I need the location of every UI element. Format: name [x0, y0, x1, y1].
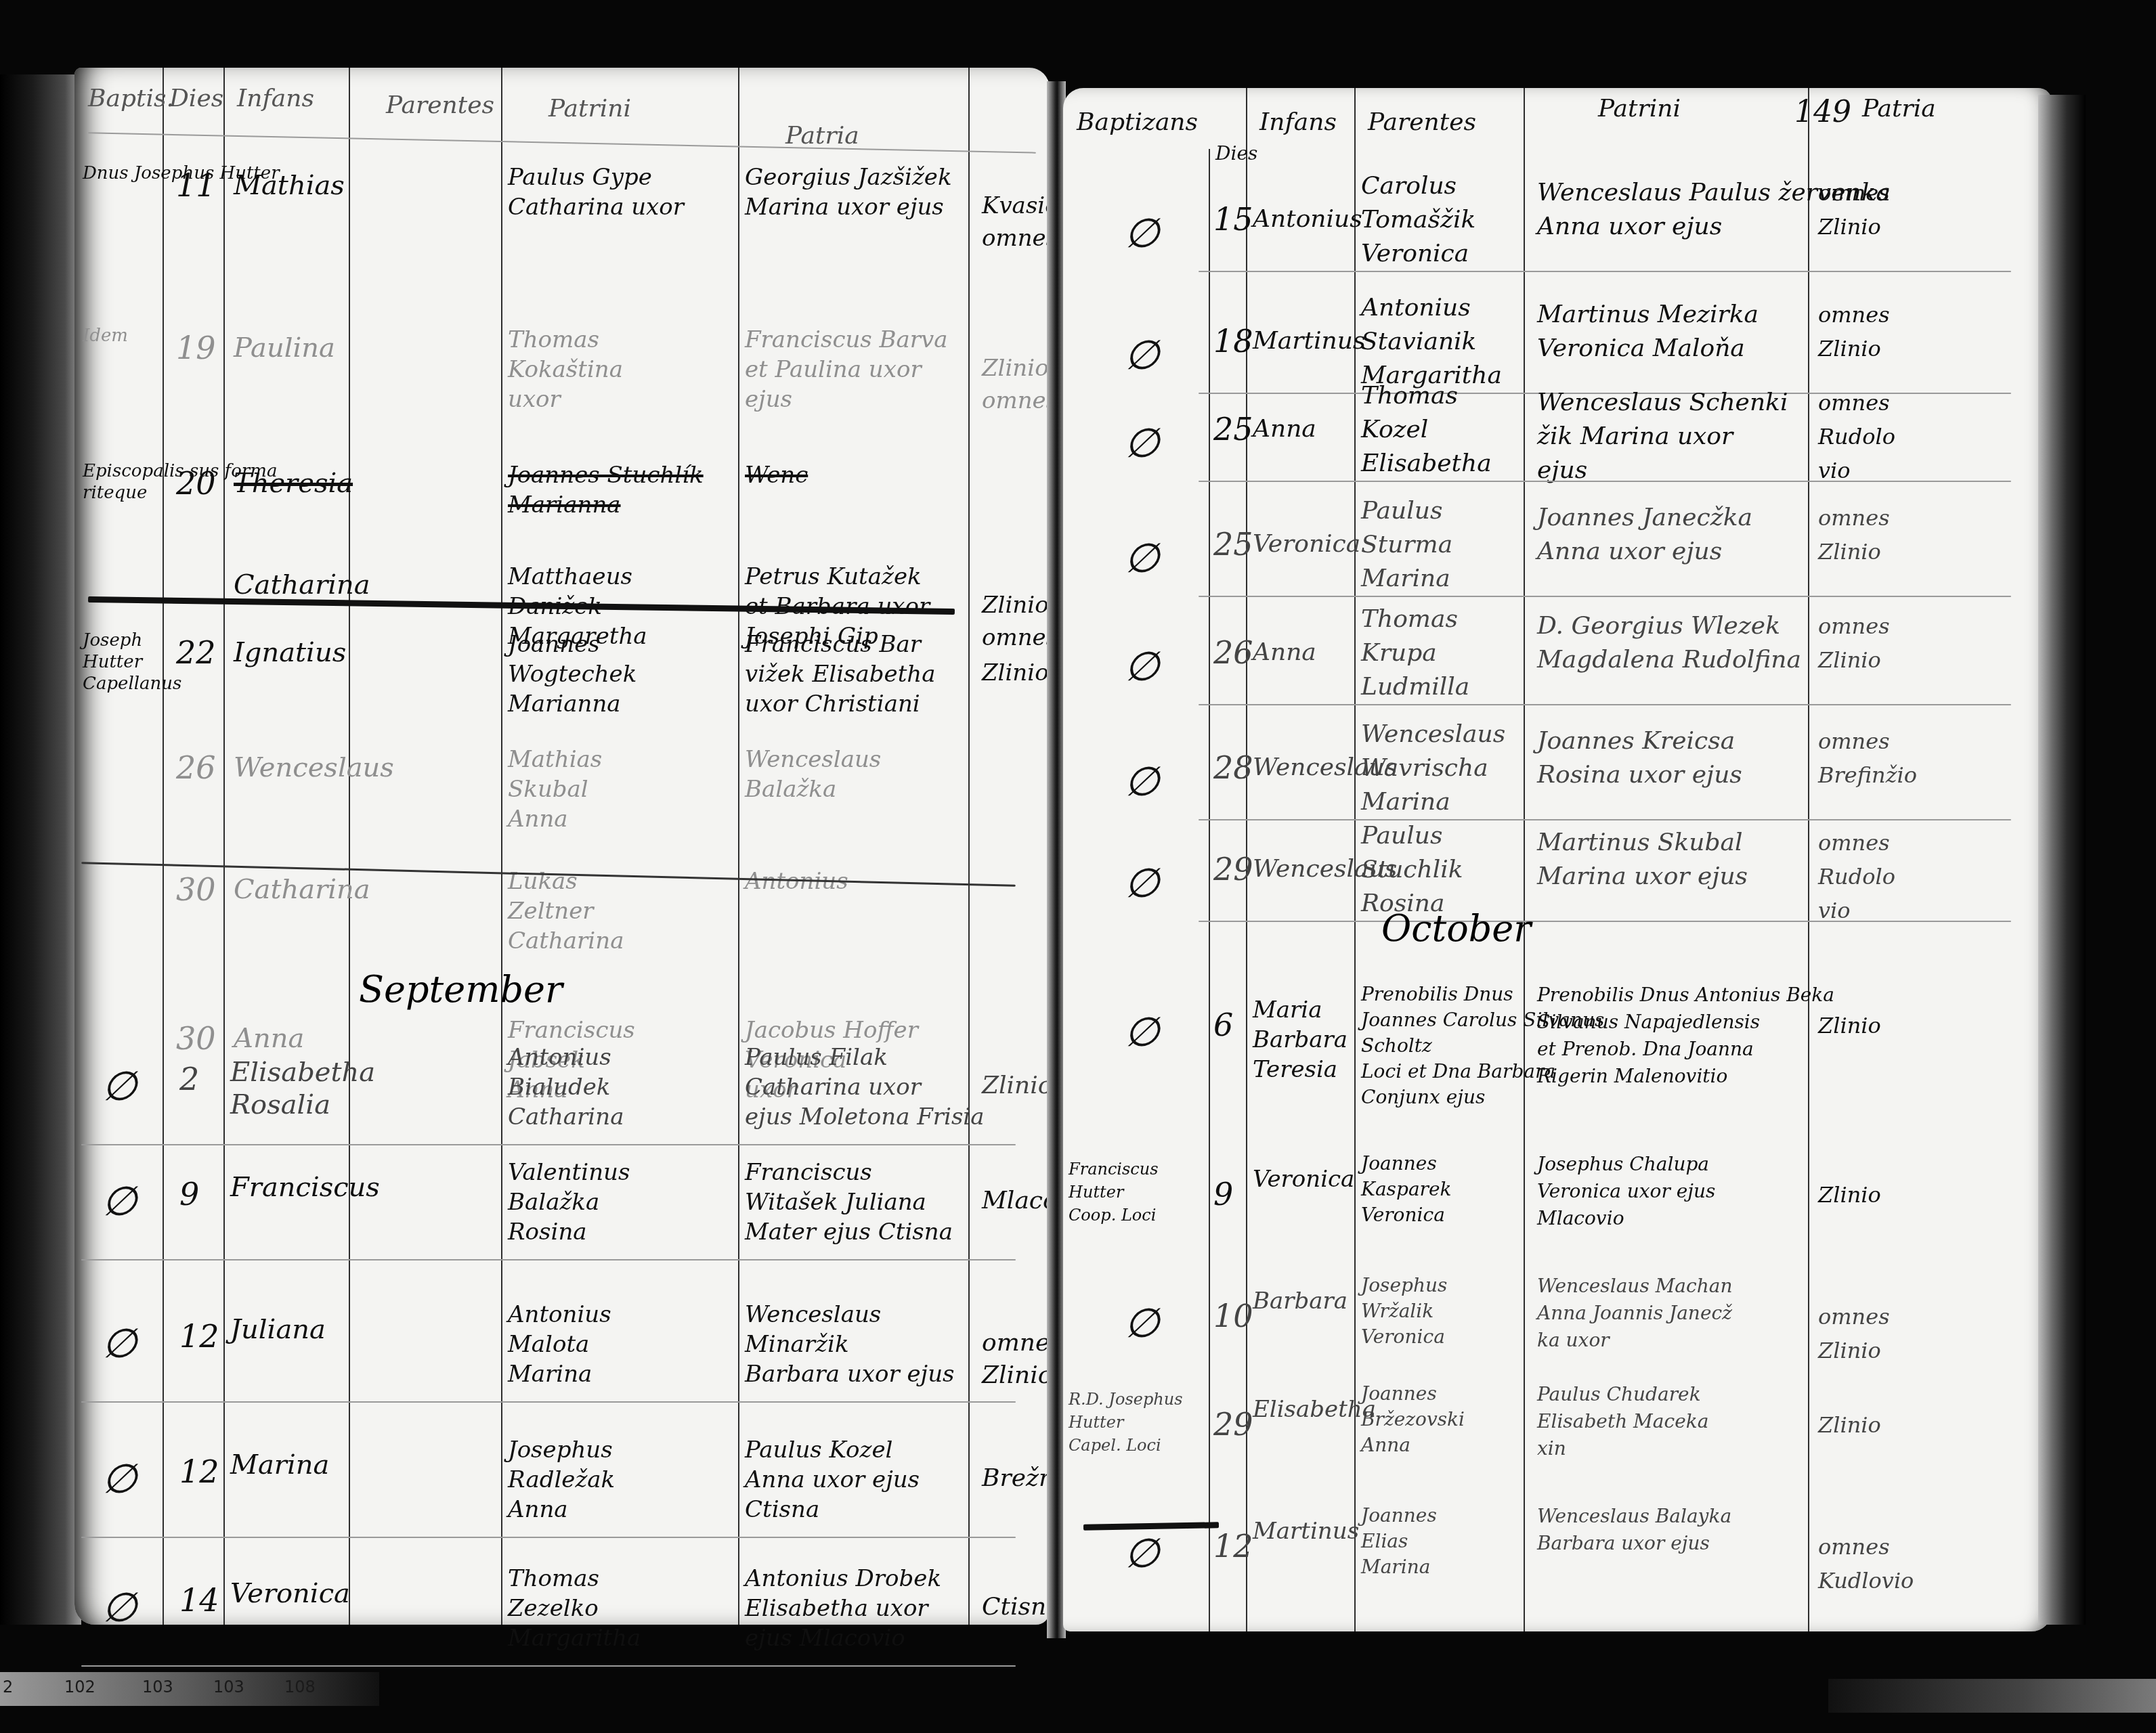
- entry-baptizans: Joseph Hutter Capellanus: [83, 630, 181, 695]
- entry-infans: Veronica: [1253, 1164, 1354, 1194]
- entry-patria: omnes Zlinio: [1818, 176, 1890, 244]
- entry-day: 6: [1213, 1009, 1233, 1041]
- entry-patrini: Paulus Chudarek Elisabeth Maceka xin: [1537, 1381, 1708, 1462]
- entry-parentes: Thomas Kozel Elisabetha: [1361, 379, 1492, 481]
- month-label-september: September: [359, 968, 563, 1011]
- entry-parentes: Antonius Bialudek Catharina: [508, 1043, 624, 1132]
- entry-baptizans: Idem: [83, 325, 128, 347]
- entry-parentes: Joannes Wogtechek Marianna: [508, 630, 637, 719]
- entry-infans: Anna: [234, 1022, 304, 1055]
- entry-day: 25: [1213, 528, 1253, 561]
- baptizans-idem-mark-icon: ∅: [1124, 420, 1159, 467]
- page-number: 149: [1794, 95, 1851, 129]
- header-infans: Infans: [237, 85, 314, 112]
- entry-parentes: Carolus Tomašžik Veronica: [1361, 169, 1475, 271]
- entry-patrini: Franciscus Barva et Paulina uxor ejus: [745, 325, 948, 414]
- entry-infans: Martinus: [1253, 325, 1365, 357]
- scale-ruler-left: 2 102 103 103 108: [0, 1672, 379, 1706]
- header-baptizans: Baptizans: [1077, 108, 1198, 136]
- scale-ruler-right: [1828, 1679, 2156, 1713]
- entry-day: 19: [176, 332, 216, 364]
- entry-patrini: Wenceslaus Balažka: [745, 745, 881, 804]
- entry-day: 10: [1213, 1300, 1253, 1332]
- entry-patrini: Georgius Jazšižek Marina uxor ejus: [745, 162, 952, 222]
- header-infans: Infans: [1259, 108, 1337, 136]
- header-patria: Patria: [785, 122, 859, 150]
- row-rule: [1199, 596, 2011, 597]
- book-edge-left: [0, 74, 81, 1625]
- entry-day: 12: [179, 1320, 219, 1353]
- entry-patrini: Wenceslaus Balayka Barbara uxor ejus: [1537, 1503, 1731, 1557]
- entry-patria: omnes Zlinio: [1818, 1300, 1890, 1367]
- entry-infans: Catharina: [234, 569, 370, 601]
- entry-patria: omnes Kudlovio: [1818, 1530, 1914, 1598]
- book-edge-right: [2038, 95, 2086, 1625]
- entry-day: 30: [176, 873, 216, 906]
- entry-day: 22: [176, 636, 216, 669]
- entry-parentes: Wenceslaus Wavrischa Marina: [1361, 718, 1505, 819]
- header-patria: Patria: [1862, 95, 1936, 123]
- right-page: Baptizans Dies Infans Parentes Patrini P…: [1063, 88, 2052, 1631]
- row-rule: [1199, 481, 2011, 482]
- entry-infans: Antonius: [1253, 203, 1362, 236]
- entry-parentes: Joannes Stuchlík Marianna: [508, 460, 704, 520]
- column-rule: [163, 68, 164, 1625]
- entry-parentes: Mathias Skubal Anna: [508, 745, 602, 834]
- row-rule: [1199, 704, 2011, 705]
- baptizans-idem-mark-icon: ∅: [1124, 332, 1159, 379]
- entry-infans: Theresia: [234, 467, 353, 500]
- entry-infans: Veronica: [1253, 528, 1360, 561]
- header-dies: Dies: [1215, 142, 1257, 164]
- entry-infans: Catharina: [234, 873, 370, 906]
- entry-parentes: Thomas Kokaština uxor: [508, 325, 623, 414]
- entry-patrini: D. Georgius Wlezek Magdalena Rudolfina: [1537, 609, 1801, 677]
- entry-infans: Franciscus: [230, 1171, 380, 1204]
- entry-patria: omnes Rudolo vio: [1818, 386, 1895, 487]
- entry-patria: omnes Zlinio: [1818, 609, 1890, 677]
- entry-infans: Marina: [230, 1449, 329, 1481]
- entry-infans: Anna: [1253, 636, 1316, 669]
- entry-infans: Maria Barbara Teresia: [1253, 995, 1347, 1084]
- column-rule: [349, 68, 350, 1625]
- entry-patria: Zlinio: [982, 1070, 1052, 1102]
- entry-day: 9: [1213, 1178, 1233, 1210]
- baptizans-idem-mark-icon: ∅: [102, 1063, 137, 1110]
- entry-day: 18: [1213, 325, 1253, 357]
- entry-day: 28: [1213, 751, 1253, 784]
- column-rule: [223, 68, 225, 1625]
- entry-parentes: Valentinus Balažka Rosina: [508, 1158, 630, 1247]
- baptizans-idem-mark-icon: ∅: [102, 1178, 137, 1225]
- entry-parentes: Thomas Zezelko Margaritha: [508, 1564, 641, 1653]
- baptizans-idem-mark-icon: ∅: [102, 1455, 137, 1503]
- entry-parentes: Paulus Stuchlik Rosina: [1361, 819, 1463, 921]
- entry-parentes: Joannes Elias Marina: [1361, 1503, 1437, 1580]
- column-rule: [968, 68, 970, 1625]
- baptizans-idem-mark-icon: ∅: [1124, 1009, 1159, 1056]
- baptizans-idem-mark-icon: ∅: [1124, 535, 1159, 582]
- baptizans-idem-mark-icon: ∅: [1124, 210, 1159, 257]
- entry-infans: Mathias: [234, 169, 345, 202]
- row-rule: [88, 132, 1036, 153]
- column-rule: [1808, 88, 1809, 1631]
- header-patrini: Patrini: [548, 95, 631, 123]
- entry-parentes: Josephus Radležak Anna: [508, 1435, 615, 1524]
- entry-day: 11: [176, 169, 216, 202]
- baptizans-idem-mark-icon: ∅: [1124, 1530, 1159, 1577]
- entry-patria: Zlinio: [1818, 1009, 1881, 1043]
- entry-day: 26: [176, 751, 216, 784]
- entry-baptizans: R.D. Josephus Hutter Capel. Loci: [1069, 1388, 1183, 1457]
- row-rule: [1199, 819, 2011, 820]
- entry-day: 12: [179, 1455, 219, 1488]
- entry-patrini: Wenceslaus Minaržik Barbara uxor ejus: [745, 1300, 955, 1389]
- ruler-tick: 102: [64, 1677, 95, 1696]
- entry-day: 29: [1213, 1408, 1253, 1441]
- entry-patria: omnes Brefinžio: [1818, 724, 1917, 792]
- entry-infans: Ignatius: [234, 636, 346, 669]
- header-patrini: Patrini: [1598, 95, 1681, 123]
- entry-parentes: Paulus Gype Catharina uxor: [508, 162, 684, 222]
- entry-patrini: Wenceslaus Schenki žik Marina uxor ejus: [1537, 386, 1788, 487]
- entry-patrini: Paulus Kozel Anna uxor ejus Ctisna: [745, 1435, 920, 1524]
- row-rule: [81, 1665, 1016, 1667]
- entry-baptizans: Franciscus Hutter Coop. Loci: [1069, 1158, 1159, 1227]
- entry-patrini: Josephus Chalupa Veronica uxor ejus Mlac…: [1537, 1151, 1715, 1232]
- entry-day: 20: [176, 467, 216, 500]
- row-rule: [81, 1144, 1016, 1145]
- header-dies: Dies: [169, 85, 223, 112]
- entry-parentes: Paulus Sturma Marina: [1361, 494, 1452, 596]
- column-rule: [501, 68, 502, 1625]
- entry-patria: omnes Zlinio: [1818, 501, 1890, 569]
- entry-day: 14: [179, 1584, 219, 1617]
- entry-patrini: Martinus Skubal Marina uxor ejus: [1537, 826, 1748, 894]
- entry-parentes: Antonius Malota Marina: [508, 1300, 611, 1389]
- entry-patrini: Franciscus Bar vižek Elisabetha uxor Chr…: [745, 630, 936, 719]
- entry-parentes: Joannes Bržezovski Anna: [1361, 1381, 1465, 1458]
- entry-parentes: Josephus Wržalik Veronica: [1361, 1273, 1447, 1350]
- column-rule: [1209, 149, 1210, 1631]
- entry-infans: Juliana: [230, 1313, 326, 1346]
- section-rule: [1083, 1522, 1219, 1530]
- entry-patria: Zlinio: [1818, 1408, 1881, 1442]
- row-rule: [1199, 921, 2011, 922]
- entry-patria: Zlinio: [1818, 1178, 1881, 1212]
- ruler-tick: 103: [142, 1677, 173, 1696]
- baptizans-idem-mark-icon: ∅: [102, 1584, 137, 1631]
- entry-infans: Barbara: [1253, 1286, 1347, 1316]
- entry-parentes: Thomas Krupa Ludmilla: [1361, 602, 1469, 704]
- entry-patrini: Joannes Janecžka Anna uxor ejus: [1537, 501, 1752, 569]
- entry-parentes: Lukas Zeltner Catharina: [508, 866, 624, 956]
- entry-day: 30: [176, 1022, 216, 1055]
- entry-parentes: Antonius Stavianik Margaritha: [1361, 291, 1502, 393]
- entry-patrini: Wenc: [745, 460, 808, 490]
- header-parentes: Parentes: [1368, 108, 1476, 136]
- entry-patrini: Wenceslaus Machan Anna Joannis Janecž ka…: [1537, 1273, 1732, 1354]
- ruler-tick: 108: [284, 1677, 316, 1696]
- column-rule: [1524, 88, 1525, 1631]
- entry-day: 12: [1213, 1530, 1253, 1562]
- entry-day: 25: [1213, 413, 1253, 445]
- row-rule: [81, 1259, 1016, 1260]
- row-rule: [81, 1401, 1016, 1403]
- entry-day: 9: [179, 1178, 199, 1210]
- row-rule: [1199, 271, 2011, 272]
- entry-patrini: Prenobilis Dnus Antonius Beka Silvanus N…: [1537, 982, 1834, 1090]
- entry-infans: Veronica: [230, 1577, 350, 1610]
- row-rule: [81, 1537, 1016, 1538]
- entry-patrini: Martinus Mezirka Veronica Maloňa: [1537, 298, 1759, 366]
- entry-patrini: Antonius Drobek Elisabetha uxor ejus Mla…: [745, 1564, 941, 1653]
- entry-patria: omnes Zlinio: [1818, 298, 1890, 366]
- entry-infans: Paulina: [234, 332, 335, 364]
- entry-patrini: Paulus Filak Catharina uxor ejus Moleton…: [745, 1043, 985, 1132]
- header-baptizans: Baptis.: [88, 85, 174, 112]
- entry-day: 2: [179, 1063, 199, 1095]
- ruler-tick: 103: [213, 1677, 244, 1696]
- entry-infans: Elisabetha: [1253, 1395, 1376, 1424]
- baptizans-idem-mark-icon: ∅: [1124, 643, 1159, 690]
- entry-infans: Elisabetha Rosalia: [230, 1056, 375, 1121]
- baptizans-idem-mark-icon: ∅: [1124, 1300, 1159, 1347]
- entry-day: 29: [1213, 853, 1253, 885]
- column-rule: [738, 68, 739, 1625]
- baptizans-idem-mark-icon: ∅: [1124, 860, 1159, 907]
- entry-infans: Wenceslaus: [234, 751, 394, 784]
- entry-day: 15: [1213, 203, 1253, 236]
- baptizans-idem-mark-icon: ∅: [102, 1320, 137, 1367]
- baptizans-idem-mark-icon: ∅: [1124, 758, 1159, 806]
- entry-day: 26: [1213, 636, 1253, 669]
- header-parentes: Parentes: [386, 91, 494, 119]
- entry-patrini: Franciscus Witašek Juliana Mater ejus Ct…: [745, 1158, 953, 1247]
- ruler-tick: 2: [3, 1677, 13, 1696]
- entry-patria: Zlinio: [982, 657, 1049, 689]
- entry-infans: Martinus: [1253, 1516, 1359, 1546]
- left-page: Baptis. Dies Infans Parentes Patrini Pat…: [74, 68, 1050, 1625]
- entry-infans: Anna: [1253, 413, 1316, 445]
- entry-patrini: Joannes Kreicsa Rosina uxor ejus: [1537, 724, 1742, 792]
- entry-parentes: Joannes Kasparek Veronica: [1361, 1151, 1452, 1228]
- month-label-october: October: [1381, 907, 1531, 950]
- entry-patria: omnes Rudolo vio: [1818, 826, 1895, 927]
